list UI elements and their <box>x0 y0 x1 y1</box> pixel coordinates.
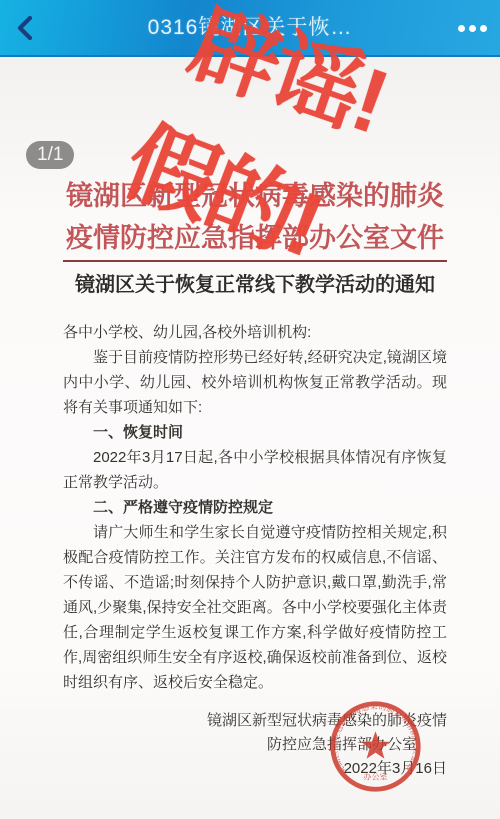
salutation: 各中小学校、幼儿园,各校外培训机构: <box>63 320 447 345</box>
letterhead-divider <box>63 260 447 262</box>
dot-icon <box>469 25 476 32</box>
signature-date: 2022年3月16日 <box>63 757 447 781</box>
signature-org-line2: 防控应急指挥部办公室 <box>63 733 447 757</box>
chevron-left-icon <box>17 16 33 40</box>
letterhead-line2: 疫情防控应急指挥部办公室文件 <box>63 217 447 259</box>
section-heading: 一、恢复时间 <box>63 420 447 445</box>
paragraph: 请广大师生和学生家长自觉遵守疫情防控相关规定,积极配合疫情防控工作。关注官方发布… <box>63 520 447 695</box>
signature-org-line1: 镜湖区新型冠状病毒感染的肺炎疫情 <box>63 709 447 733</box>
official-document: 镜湖区新型冠状病毒感染的肺炎 疫情防控应急指挥部办公室文件 镜湖区关于恢复正常线… <box>0 57 500 781</box>
document-photo: 1/1 镜湖区新型冠状病毒感染的肺炎 疫情防控应急指挥部办公室文件 镜湖区关于恢… <box>0 57 500 819</box>
letterhead: 镜湖区新型冠状病毒感染的肺炎 疫情防控应急指挥部办公室文件 <box>63 175 447 259</box>
screenshot-root: 0316镜湖区关于恢… 1/1 镜湖区新型冠状病毒感染的肺炎 疫情防控应急指挥部… <box>0 0 500 819</box>
signature-block: 镜湖区新型冠状病毒感染的肺炎疫情 防控应急指挥部办公室 2022年3月16日 <box>63 709 447 781</box>
page-indicator-badge: 1/1 <box>26 141 74 169</box>
dot-icon <box>480 25 487 32</box>
section-heading: 二、严格遵守疫情防控规定 <box>63 495 447 520</box>
back-button[interactable] <box>14 15 36 41</box>
document-title: 镜湖区关于恢复正常线下教学活动的通知 <box>63 270 447 300</box>
paragraph: 2022年3月17日起,各中小学校根据具体情况有序恢复正常教学活动。 <box>63 445 447 495</box>
paragraph: 鉴于目前疫情防控形势已经好转,经研究决定,镜湖区境内中小学、幼儿园、校外培训机构… <box>63 345 447 420</box>
more-menu-button[interactable] <box>458 25 487 32</box>
letterhead-line1: 镜湖区新型冠状病毒感染的肺炎 <box>63 175 447 217</box>
navbar-title: 0316镜湖区关于恢… <box>148 11 353 41</box>
navbar: 0316镜湖区关于恢… <box>0 0 500 57</box>
dot-icon <box>458 25 465 32</box>
document-body: 各中小学校、幼儿园,各校外培训机构: 鉴于目前疫情防控形势已经好转,经研究决定,… <box>63 320 447 695</box>
